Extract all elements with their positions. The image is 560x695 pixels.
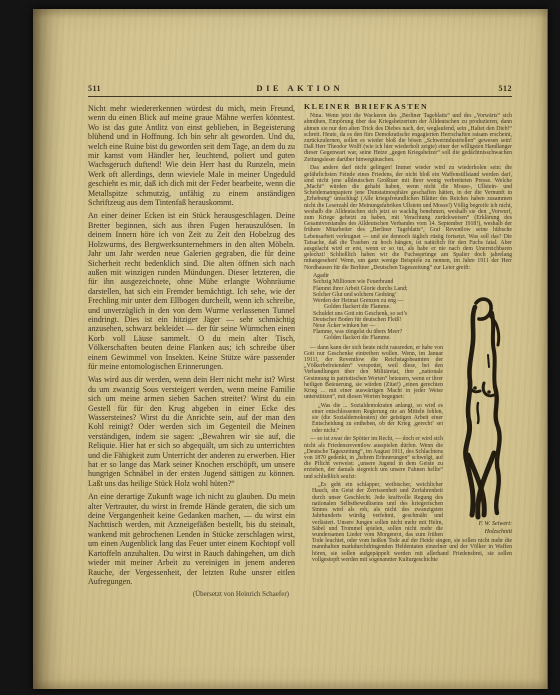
journal-title: DIE AKTION bbox=[256, 83, 343, 93]
header-rule bbox=[88, 96, 512, 97]
woodcut-caption-artist: F. W. Seiwert: bbox=[448, 521, 512, 528]
briefkasten-paragraph: Nina. Wenn jetzt die Wackeren des „Berli… bbox=[304, 113, 512, 163]
text-columns: Nicht mehr wiedererkennen würdest du mic… bbox=[88, 104, 512, 600]
woodcut-image bbox=[448, 295, 512, 520]
left-column: Nicht mehr wiedererkennen würdest du mic… bbox=[88, 104, 295, 600]
prose-paragraph: An einer deiner Ecken ist ein Stück hera… bbox=[88, 211, 295, 371]
prose-paragraph: Was wird aus dir werden, wenn dein Herr … bbox=[88, 375, 295, 488]
briefkasten-paragraph: Das andere darf nicht gelingen! Immer wi… bbox=[304, 165, 512, 270]
woodcut-caption-medium: Holzschnitt bbox=[448, 529, 512, 536]
prose-paragraph: An eine derartige Zukunft wage ich nicht… bbox=[88, 492, 295, 586]
page-content: 511 DIE AKTION 512 Nicht mehr wiedererke… bbox=[88, 83, 512, 600]
translator-credit: (Übersetzt von Heinrich Schaefer) bbox=[88, 590, 295, 599]
page-number-right: 512 bbox=[498, 84, 512, 93]
page-number-left: 511 bbox=[88, 84, 101, 93]
right-column: KLEINER BRIEFKASTEN Nina. Wenn jetzt die… bbox=[304, 104, 512, 600]
woodcut-figure: F. W. Seiwert: Holzschnitt bbox=[448, 295, 512, 535]
briefkasten-heading: KLEINER BRIEFKASTEN bbox=[304, 104, 512, 110]
journal-header: 511 DIE AKTION 512 bbox=[88, 83, 512, 93]
page-scan: 511 DIE AKTION 512 Nicht mehr wiedererke… bbox=[0, 0, 560, 695]
magazine-page: 511 DIE AKTION 512 Nicht mehr wiedererke… bbox=[33, 9, 548, 689]
prose-paragraph: Nicht mehr wiedererkennen würdest du mic… bbox=[88, 104, 295, 207]
